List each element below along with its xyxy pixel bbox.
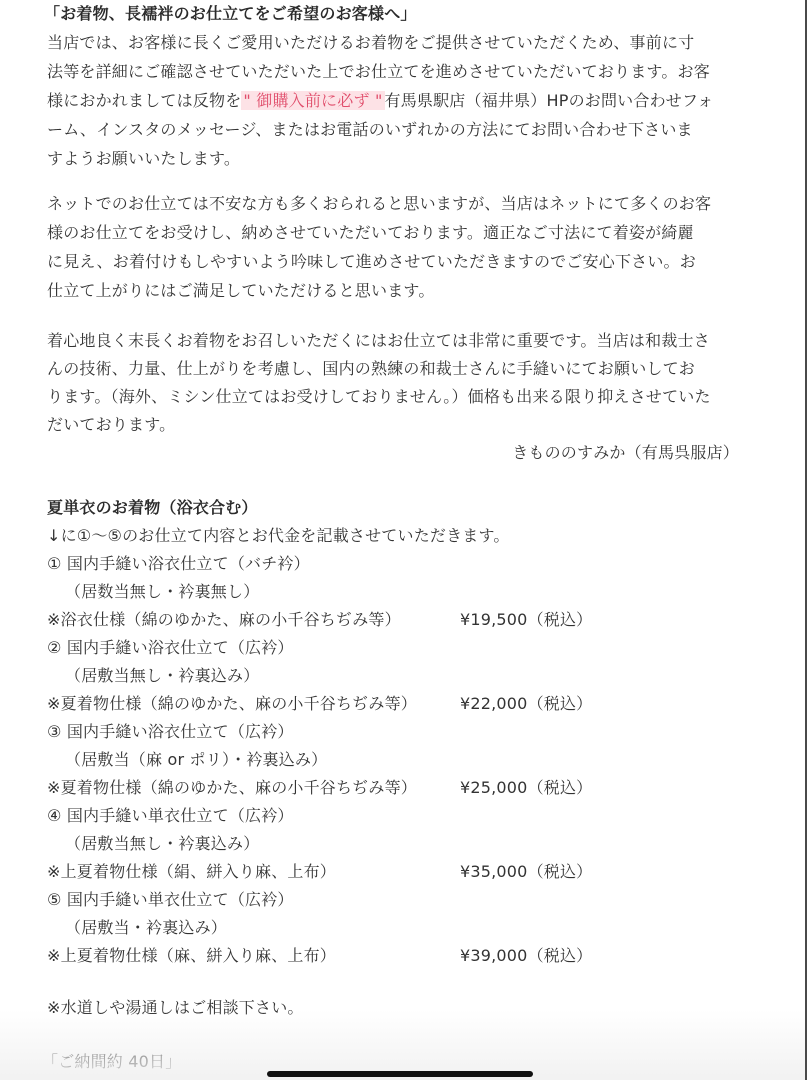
- item-5-spec: ※上夏着物仕様（麻、絣入り麻、上布）: [47, 946, 336, 965]
- rinse-note: ※水道しや湯通しはご相談下さい。: [47, 994, 304, 1022]
- item-1-spec: ※浴衣仕様（綿のゆかた、麻の小千谷ちぢみ等）: [47, 610, 401, 629]
- item-1-title: ① 国内手縫い浴衣仕立て（バチ衿）: [47, 550, 310, 578]
- item-5-detail: （居敷当・衿裏込み）: [65, 914, 227, 942]
- intro-p1-line3-before: 様におかれましては反物を: [47, 91, 241, 110]
- intro-p2-line1: ネットでのお仕立ては不安な方も多くおられると思いますが、当店はネットにて多くのお…: [47, 190, 711, 218]
- item-3-title: ③ 国内手縫い浴衣仕立て（広衿）: [47, 718, 294, 746]
- intro-p1-line5: すようお願いいたします。: [47, 145, 240, 173]
- intro-p3-line3: ります。（海外、ミシン仕立てはお受けしておりません。）価格も出来る限り抑えさせて…: [47, 383, 711, 411]
- page: 「お着物、長襦袢のお仕立てをご希望のお客様へ」 当店では、お客様に長くご愛用いた…: [0, 0, 805, 1080]
- item-5-price: ¥39,000（税込）: [460, 942, 592, 970]
- item-1-price: ¥19,500（税込）: [460, 606, 592, 634]
- intro-p2-line4: 仕立て上がりにはご満足していただけると思います。: [47, 277, 435, 305]
- intro-p1-line3-after: 有馬県駅店（福井県）HPのお問い合わせフォ: [385, 91, 714, 110]
- item-3-price: ¥25,000（税込）: [460, 774, 592, 802]
- intro-heading: 「お着物、長襦袢のお仕立てをご希望のお客様へ」: [44, 0, 417, 28]
- item-2-detail: （居敷当無し・衿裏込み）: [65, 662, 259, 690]
- item-1-detail: （居数当無し・衿裏無し）: [65, 578, 259, 606]
- item-2-spec-row: ※夏着物仕様（綿のゆかた、麻の小千谷ちぢみ等） ¥22,000（税込）: [47, 690, 417, 718]
- item-3-detail: （居敷当（麻 or ポリ）・衿裏込み）: [65, 746, 327, 774]
- summer-lead: ↓に①〜⑤のお仕立て内容とお代金を記載させていただきます。: [47, 522, 510, 550]
- intro-p1-line2: 法等を詳細にご確認させていただいた上でお仕立てを進めさせていただいております。お…: [47, 58, 710, 86]
- item-5-spec-row: ※上夏着物仕様（麻、絣入り麻、上布） ¥39,000（税込）: [47, 942, 336, 970]
- intro-p3-line4: だいております。: [47, 411, 175, 439]
- intro-p2-line3: に見え、お着付けもしやすいよう吟味して進めさせていただきますのでご安心下さい。お: [47, 248, 696, 276]
- item-2-spec: ※夏着物仕様（綿のゆかた、麻の小千谷ちぢみ等）: [47, 694, 417, 713]
- must-before-purchase-highlight: " 御購入前に必ず ": [241, 91, 384, 110]
- intro-p1-line1: 当店では、お客様に長くご愛用いただけるお着物をご提供させていただくため、事前に寸: [47, 29, 694, 57]
- item-4-spec-row: ※上夏着物仕様（絹、絣入り麻、上布） ¥35,000（税込）: [47, 858, 336, 886]
- item-4-title: ④ 国内手縫い単衣仕立て（広衿）: [47, 802, 294, 830]
- item-3-spec: ※夏着物仕様（綿のゆかた、麻の小千谷ちぢみ等）: [47, 778, 417, 797]
- intro-p3-line1: 着心地良く末長くお着物をお召しいただくにはお仕立ては非常に重要です。当店は和裁士…: [47, 327, 710, 355]
- item-3-spec-row: ※夏着物仕様（綿のゆかた、麻の小千谷ちぢみ等） ¥25,000（税込）: [47, 774, 417, 802]
- delivery-time: 「ご納間約 40日」: [42, 1048, 181, 1076]
- summer-section-heading: 夏単衣のお着物（浴衣合む）: [47, 494, 258, 522]
- item-5-title: ⑤ 国内手縫い単衣仕立て（広衿）: [47, 886, 294, 914]
- item-4-detail: （居敷当無し・衿裏込み）: [65, 830, 259, 858]
- item-1-spec-row: ※浴衣仕様（綿のゆかた、麻の小千谷ちぢみ等） ¥19,500（税込）: [47, 606, 401, 634]
- intro-p3-line2: んの技術、力量、仕上がりを考慮し、国内の熟練の和裁士さんに手縫いにてお願いしてお: [47, 355, 695, 383]
- intro-p1-line4: ーム、インスタのメッセージ、またはお電話のいずれかの方法にてお問い合わせ下さいま: [47, 116, 693, 144]
- intro-p1-line3: 様におかれましては反物を" 御購入前に必ず "有馬県駅店（福井県）HPのお問い合…: [47, 87, 714, 115]
- item-4-spec: ※上夏着物仕様（絹、絣入り麻、上布）: [47, 862, 336, 881]
- item-2-title: ② 国内手縫い浴衣仕立て（広衿）: [47, 634, 294, 662]
- home-indicator[interactable]: [267, 1071, 533, 1077]
- item-2-price: ¥22,000（税込）: [460, 690, 592, 718]
- intro-p2-line2: 様のお仕立てをお受けし、納めさせていただいております。適正なご寸法にて着姿が綺麗: [47, 219, 694, 247]
- item-4-price: ¥35,000（税込）: [460, 858, 592, 886]
- shop-signature: きもののすみか（有馬呉服店）: [512, 439, 739, 467]
